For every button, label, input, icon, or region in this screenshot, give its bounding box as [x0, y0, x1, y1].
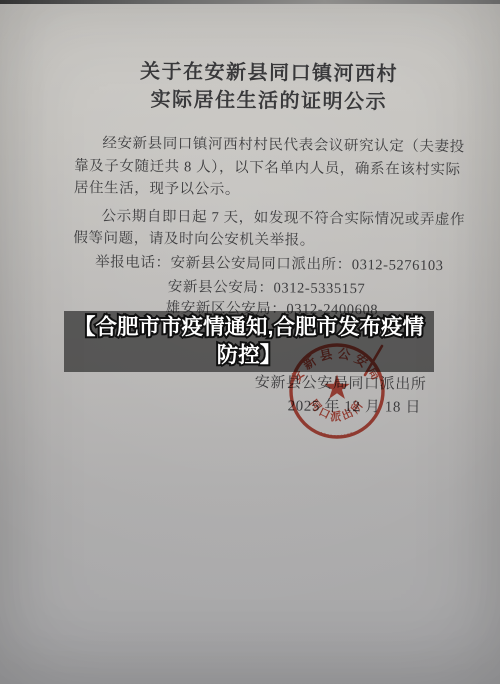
svg-text:1309328923: 1309328923 — [319, 432, 356, 441]
hotline-line2: 安新县公安局：0312-5335157 — [168, 275, 366, 298]
paragraph1-line2: 靠及子女随迁共 8 人），以下名单内人员，确系在该村实际 — [74, 154, 461, 179]
paragraph2-line2: 假等问题，请及时向公安机关举报。 — [73, 226, 315, 250]
paragraph2-line1: 公示期自即日起 7 天，如发现不符合实际情况或弄虚作 — [101, 204, 465, 229]
star-icon — [324, 375, 350, 399]
seal-branch-text: 同口派出所 — [307, 396, 367, 423]
hotline-line1: 举报电话：安新县公安局同口派出所：0312-5276103 — [95, 250, 444, 275]
seal-code-number: 1309328923 — [319, 432, 356, 441]
paragraph1-line1: 经安新县同口镇河西村村民代表会议研究认定（夫妻投 — [102, 131, 465, 156]
caption-text-line-1: 【合肥市市疫情通知,合肥市发布疫情 — [64, 313, 434, 341]
paragraph1-line3: 居住生活，现予以公示。 — [74, 176, 240, 199]
notice-title-line-2: 实际居住生活的证明公示 — [36, 82, 500, 116]
official-seal: 安新县公安局 同口派出所 1309328923 — [287, 341, 387, 441]
svg-text:同口派出所: 同口派出所 — [307, 396, 367, 423]
document-photo: 关于在安新县同口镇河西村 实际居住生活的证明公示 经安新县同口镇河西村村民代表会… — [0, 0, 500, 684]
